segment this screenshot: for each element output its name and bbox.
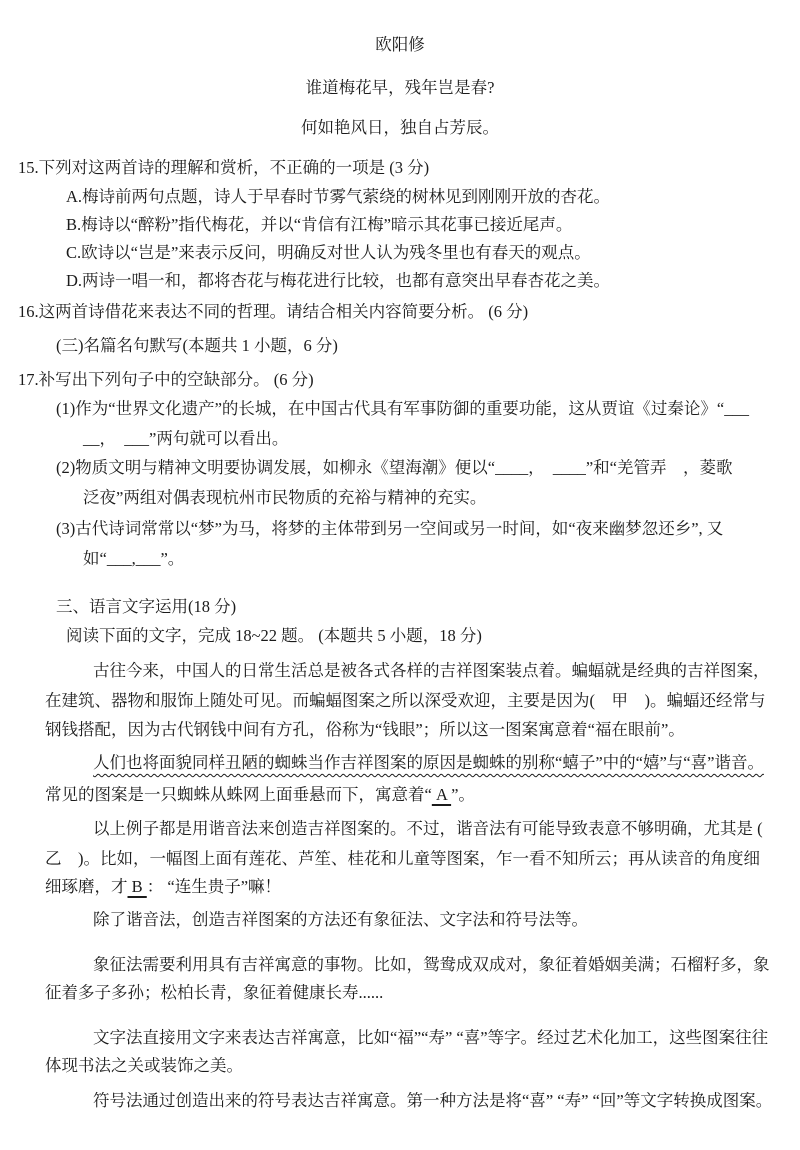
q15-option-b: B.梅诗以“醉粉”指代梅花，并以“肯信有江梅”暗示其花事已接近尾声。 — [66, 213, 572, 236]
section-heading-moxie: (三)名篇名句默写(本题共 1 小题，6 分) — [56, 334, 338, 357]
passage-p1-line-3-text: 钢钱搭配，因为古代钢钱中间有方孔，俗称为“钱眼”；所以这一图案寓意着“福在眼前”… — [45, 720, 685, 739]
passage-p6-line-2: 体现书法之关或装饰之美。 — [45, 1054, 243, 1077]
passage-p1-line-1: 古往今来，中国人的日常生活总是被各式各样的吉祥图案装点着。蝙蝠就是经典的吉祥图案… — [93, 659, 770, 682]
q15-option-a: A.梅诗前两句点题，诗人于早春时节雾气萦绕的树林见到刚刚开放的杏花。 — [66, 185, 610, 208]
q17-item-2-line-1: (2)物质文明与精神文明要协调发展，如柳永《望海潮》便以“____， ____”… — [56, 456, 732, 479]
poem-line-2: 何如艳风日，独自占芳辰。 — [0, 116, 800, 139]
passage-p3-line-1: 以上例子都是用谐音法来创造吉祥图案的。不过，谐音法有可能导致表意不够明确，尤其是… — [93, 817, 763, 840]
passage-p2-line-2: 常见的图案是一只蜘蛛从蛛网上面垂悬而下，寓意着“ A ”。 — [45, 783, 475, 806]
passage-p3-line-2: 乙 )。比如，一幅图上面有莲花、芦笙、桂花和儿童等图案，乍一看不知所云；再从读音… — [45, 847, 760, 870]
passage-p6-line-1-text: 文字法直接用文字来表达吉祥寓意，比如“福”“寿” “喜”等字。经过艺术化加工，这… — [93, 1028, 768, 1047]
q17-stem: 17.补写出下列句子中的空缺部分。 (6 分) — [18, 368, 314, 391]
passage-p1-line-3: 钢钱搭配，因为古代钢钱中间有方孔，俗称为“钱眼”；所以这一图案寓意着“福在眼前”… — [45, 718, 685, 741]
q17-item-1-line-2-text: __， ___”两句就可以看出。 — [83, 429, 288, 448]
section-heading-moxie-text: (三)名篇名句默写(本题共 1 小题，6 分) — [56, 336, 338, 355]
q15-stem: 15.下列对这两首诗的理解和赏析，不正确的一项是 (3 分) — [18, 156, 429, 179]
passage-p2-line-2-underlined-text: A — [432, 785, 451, 804]
passage-p6-line-1: 文字法直接用文字来表达吉祥寓意，比如“福”“寿” “喜”等字。经过艺术化加工，这… — [93, 1026, 768, 1049]
q15-stem-text: 15.下列对这两首诗的理解和赏析，不正确的一项是 (3 分) — [18, 158, 429, 177]
q15-option-d: D.两诗一唱一和，都将杏花与梅花进行比较，也都有意突出早春杏花之美。 — [66, 269, 610, 292]
passage-p5-line-2-text: 征着多子多孙；松柏长青，象征着健康长寿...... — [45, 983, 383, 1002]
q17-item-3-line-1-text: (3)古代诗词常常以“梦”为马，将梦的主体带到另一空间或另一时间，如“夜来幽梦忽… — [56, 519, 723, 538]
poem-line-1: 谁道梅花早，残年岂是春? — [0, 76, 800, 99]
passage-p3-line-3-underlined-text: B — [128, 877, 147, 896]
passage-p2-line-2-text: ”。 — [451, 785, 475, 804]
passage-p3-line-2-text: 乙 )。比如，一幅图上面有莲花、芦笙、桂花和儿童等图案，乍一看不知所云；再从读音… — [45, 849, 760, 868]
passage-p4-line-1-text: 除了谐音法，创造吉祥图案的方法还有象征法、文字法和符号法等。 — [93, 910, 588, 929]
passage-p2-line-1-underlined-underlined-text: 人们也将面貌同样丑陋的蜘蛛当作吉祥图案的原因是蜘蛛的别称“蟢子”中的“嬉”与“喜… — [93, 753, 764, 772]
passage-p3-line-3: 细琢磨，才 B ： “连生贵子”嘛！ — [45, 875, 281, 898]
q15-option-c: C.欧诗以“岂是”来表示反问，明确反对世人认为残冬里也有春天的观点。 — [66, 241, 591, 264]
passage-p5-line-1: 象征法需要利用具有吉祥寓意的事物。比如，鸳鸯成双成对，象征着婚姻美满；石榴籽多，… — [93, 953, 770, 976]
q16-stem: 16.这两首诗借花来表达不同的哲理。请结合相关内容简要分析。 (6 分) — [18, 300, 528, 323]
poem-author-text: 欧阳修 — [375, 35, 425, 54]
passage-p5-line-2: 征着多子多孙；松柏长青，象征着健康长寿...... — [45, 981, 383, 1004]
q15-option-c-text: C.欧诗以“岂是”来表示反问，明确反对世人认为残冬里也有春天的观点。 — [66, 243, 591, 262]
passage-p5-line-1-text: 象征法需要利用具有吉祥寓意的事物。比如，鸳鸯成双成对，象征着婚姻美满；石榴籽多，… — [93, 955, 770, 974]
q17-item-2-line-2: 泛夜”两组对偶表现杭州市民物质的充裕与精神的充实。 — [83, 486, 486, 509]
q17-item-3-line-1: (3)古代诗词常常以“梦”为马，将梦的主体带到另一空间或另一时间，如“夜来幽梦忽… — [56, 517, 723, 540]
q17-item-1-line-1-text: (1)作为“世界文化遗产”的长城，在中国古代具有军事防御的重要功能，这从贾谊《过… — [56, 399, 749, 418]
passage-p6-line-2-text: 体现书法之关或装饰之美。 — [45, 1056, 243, 1075]
exam-page: 欧阳修谁道梅花早，残年岂是春?何如艳风日，独自占芳辰。15.下列对这两首诗的理解… — [0, 0, 800, 1150]
q17-item-1-line-2: __， ___”两句就可以看出。 — [83, 427, 288, 450]
passage-p1-line-2: 在建筑、器物和服饰上随处可见。而蝙蝠图案之所以深受欢迎，主要是因为( 甲 )。蝙… — [45, 689, 766, 712]
q17-item-1-line-1: (1)作为“世界文化遗产”的长城，在中国古代具有军事防御的重要功能，这从贾谊《过… — [56, 397, 749, 420]
q15-option-b-text: B.梅诗以“醉粉”指代梅花，并以“肯信有江梅”暗示其花事已接近尾声。 — [66, 215, 572, 234]
section-3-heading-text: 三、语言文字运用(18 分) — [56, 597, 236, 616]
poem-line-1-text: 谁道梅花早，残年岂是春? — [306, 78, 495, 97]
passage-p7-line-1: 符号法通过创造出来的符号表达吉祥寓意。第一种方法是将“喜” “寿” “回”等文字… — [93, 1089, 772, 1112]
q17-item-3-line-2: 如“___,___”。 — [83, 547, 184, 570]
poem-line-2-text: 何如艳风日，独自占芳辰。 — [301, 118, 499, 137]
q15-option-a-text: A.梅诗前两句点题，诗人于早春时节雾气萦绕的树林见到刚刚开放的杏花。 — [66, 187, 610, 206]
passage-p7-line-1-text: 符号法通过创造出来的符号表达吉祥寓意。第一种方法是将“喜” “寿” “回”等文字… — [93, 1091, 772, 1110]
passage-p3-line-1-text: 以上例子都是用谐音法来创造吉祥图案的。不过，谐音法有可能导致表意不够明确，尤其是… — [93, 819, 763, 838]
passage-p1-line-2-text: 在建筑、器物和服饰上随处可见。而蝙蝠图案之所以深受欢迎，主要是因为( 甲 )。蝙… — [45, 691, 766, 710]
q15-option-d-text: D.两诗一唱一和，都将杏花与梅花进行比较，也都有意突出早春杏花之美。 — [66, 271, 610, 290]
passage-p3-line-3-text: ： “连生贵子”嘛！ — [147, 877, 281, 896]
passage-p1-line-1-text: 古往今来，中国人的日常生活总是被各式各样的吉祥图案装点着。蝙蝠就是经典的吉祥图案… — [93, 661, 770, 680]
poem-author: 欧阳修 — [0, 33, 800, 56]
passage-p3-line-3-text: 细琢磨，才 — [45, 877, 128, 896]
q16-stem-text: 16.这两首诗借花来表达不同的哲理。请结合相关内容简要分析。 (6 分) — [18, 302, 528, 321]
section-3-heading: 三、语言文字运用(18 分) — [56, 595, 236, 618]
passage-p4-line-1: 除了谐音法，创造吉祥图案的方法还有象征法、文字法和符号法等。 — [93, 908, 588, 931]
passage-p2-line-1-underlined: 人们也将面貌同样丑陋的蜘蛛当作吉祥图案的原因是蜘蛛的别称“蟢子”中的“嬉”与“喜… — [93, 751, 764, 774]
reading-instruction: 阅读下面的文字，完成 18~22 题。 (本题共 5 小题，18 分) — [66, 624, 482, 647]
passage-p2-line-2-text: 常见的图案是一只蜘蛛从蛛网上面垂悬而下，寓意着“ — [45, 785, 432, 804]
q17-item-2-line-2-text: 泛夜”两组对偶表现杭州市民物质的充裕与精神的充实。 — [83, 488, 486, 507]
q17-item-3-line-2-text: 如“___,___”。 — [83, 549, 184, 568]
q17-item-2-line-1-text: (2)物质文明与精神文明要协调发展，如柳永《望海潮》便以“____， ____”… — [56, 458, 732, 477]
q17-stem-text: 17.补写出下列句子中的空缺部分。 (6 分) — [18, 370, 314, 389]
reading-instruction-text: 阅读下面的文字，完成 18~22 题。 (本题共 5 小题，18 分) — [66, 626, 482, 645]
